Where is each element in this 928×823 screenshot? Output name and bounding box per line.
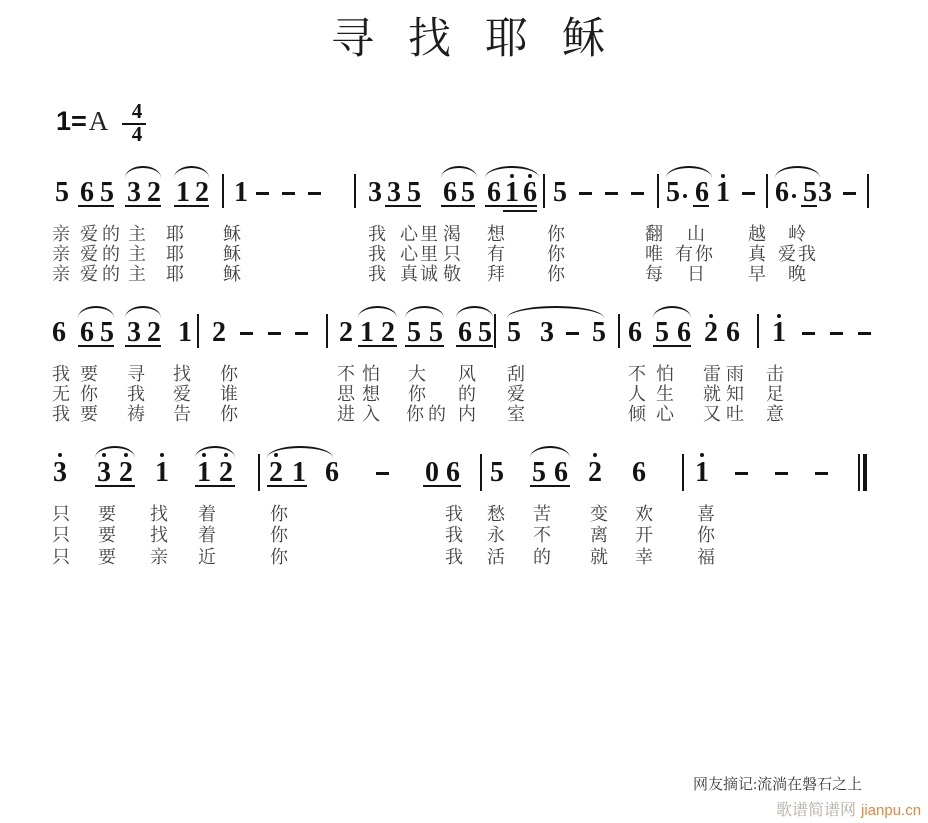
lyric-char: 雷 bbox=[703, 365, 721, 383]
lyric-char: 你 bbox=[547, 245, 565, 263]
barline bbox=[222, 174, 224, 208]
note-digit: 5 bbox=[55, 179, 69, 207]
lyric-char: 要 bbox=[98, 526, 116, 544]
beam-underline bbox=[653, 345, 691, 347]
note-digit: 5 bbox=[553, 179, 567, 207]
lyric-char: 只 bbox=[443, 245, 461, 263]
barline bbox=[326, 314, 328, 348]
note-digit: 1 bbox=[716, 179, 730, 207]
meter-numerator: 4 bbox=[122, 100, 152, 123]
note-digit: 5 bbox=[100, 319, 114, 347]
slur-arc bbox=[125, 306, 161, 318]
slur-arc bbox=[358, 306, 397, 318]
octave-dot bbox=[58, 453, 62, 457]
duration-dash bbox=[843, 192, 856, 195]
note-digit: 5 bbox=[429, 319, 443, 347]
lyric-char: 不 bbox=[337, 365, 355, 383]
slur-arc bbox=[441, 166, 477, 178]
lyric-char: 寻 bbox=[127, 365, 145, 383]
octave-dot bbox=[721, 174, 725, 178]
lyric-char: 要 bbox=[80, 365, 98, 383]
lyric-char: 真 bbox=[748, 245, 766, 263]
footer-note: 网友摘记:流淌在磐石之上 bbox=[693, 773, 862, 794]
beam-underline bbox=[95, 485, 135, 487]
lyric-char: 敬 bbox=[443, 265, 461, 283]
lyric-char: 意 bbox=[766, 405, 784, 423]
lyric-char: 我 bbox=[127, 385, 145, 403]
note-digit: 2 bbox=[195, 179, 209, 207]
lyric-char: 变 bbox=[590, 505, 608, 523]
duration-dash bbox=[815, 472, 828, 475]
note-digit: 2 bbox=[119, 459, 133, 487]
lyric-char: 你 bbox=[547, 225, 565, 243]
lyric-char: 室 bbox=[507, 405, 525, 423]
lyric-char: 足 bbox=[766, 385, 784, 403]
note-digit: 6 bbox=[487, 179, 501, 207]
barline bbox=[480, 454, 482, 491]
lyric-char: 思 bbox=[337, 385, 355, 403]
lyric-char: 爱 bbox=[507, 385, 525, 403]
lyric-char: 有 bbox=[487, 245, 505, 263]
lyric-char: 永 bbox=[487, 526, 505, 544]
slur-arc bbox=[507, 306, 604, 318]
barline bbox=[657, 174, 659, 208]
meter-fraction: 4 4 bbox=[122, 100, 152, 146]
lyric-char: 你 bbox=[697, 526, 715, 544]
lyric-char: 大 bbox=[408, 365, 426, 383]
lyric-char: 想 bbox=[487, 225, 505, 243]
lyric-char: 亲 bbox=[52, 245, 70, 263]
duration-dash bbox=[240, 332, 253, 335]
note-digit: 5 bbox=[507, 319, 521, 347]
lyric-char: 开 bbox=[635, 526, 653, 544]
lyric-char: 我 bbox=[368, 265, 386, 283]
final-barline-thick bbox=[863, 454, 867, 491]
note-digit: 3 bbox=[53, 459, 67, 487]
duration-dash bbox=[802, 332, 815, 335]
duration-dash bbox=[256, 192, 269, 195]
lyric-char: 我 bbox=[52, 365, 70, 383]
lyric-char: 找 bbox=[150, 526, 168, 544]
lyric-char: 想 bbox=[362, 385, 380, 403]
octave-dot bbox=[777, 314, 781, 318]
lyric-char: 心 bbox=[400, 225, 418, 243]
lyric-char: 爱 bbox=[80, 245, 98, 263]
note-digit: 5 bbox=[407, 319, 421, 347]
lyric-char: 近 bbox=[198, 548, 216, 566]
lyric-char: 里 bbox=[420, 225, 438, 243]
lyric-char: 心 bbox=[400, 245, 418, 263]
lyric-char: 幸 bbox=[635, 548, 653, 566]
note-digit: 1 bbox=[197, 459, 211, 487]
slur-arc bbox=[456, 306, 493, 318]
lyric-char: 主 bbox=[128, 265, 146, 283]
lyric-char: 怕 bbox=[656, 365, 674, 383]
note-digit: 5 bbox=[490, 459, 504, 487]
lyric-char: 拜 bbox=[487, 265, 505, 283]
lyric-char: 亲 bbox=[150, 548, 168, 566]
lyric-char: 不 bbox=[628, 365, 646, 383]
slur-arc bbox=[174, 166, 209, 178]
music-sheet: 寻找耶稣 1=A 4 4 56532121335656165561653亲爱的主… bbox=[0, 0, 928, 823]
lyric-char: 人 bbox=[628, 385, 646, 403]
note-digit: 3 bbox=[97, 459, 111, 487]
duration-dash bbox=[282, 192, 295, 195]
lyric-char: 你 bbox=[220, 405, 238, 423]
lyric-char: 唯 bbox=[645, 245, 663, 263]
slur-arc bbox=[775, 166, 820, 178]
lyric-char: 你 bbox=[270, 505, 288, 523]
barline bbox=[197, 314, 199, 348]
note-digit: 6 bbox=[726, 319, 740, 347]
note-digit: 1 bbox=[360, 319, 374, 347]
duration-dash bbox=[295, 332, 308, 335]
lyric-char: 山 bbox=[687, 225, 705, 243]
beam-underline bbox=[423, 485, 461, 487]
lyric-char: 早 bbox=[748, 265, 766, 283]
lyric-char: 耶 bbox=[166, 265, 184, 283]
octave-dot bbox=[700, 453, 704, 457]
lyric-char: 你 bbox=[406, 405, 424, 423]
lyric-char: 亲 bbox=[52, 265, 70, 283]
beam-underline bbox=[456, 345, 493, 347]
note-digit: 5 bbox=[478, 319, 492, 347]
lyric-char: 的 bbox=[102, 245, 120, 263]
lyric-char: 的 bbox=[102, 265, 120, 283]
beam-underline bbox=[78, 345, 114, 347]
note-digit: 2 bbox=[147, 179, 161, 207]
note-digit: 5 bbox=[592, 319, 606, 347]
beam-underline bbox=[195, 485, 235, 487]
slur-arc bbox=[195, 446, 235, 458]
lyric-char: 内 bbox=[458, 405, 476, 423]
note-digit: 1 bbox=[176, 179, 190, 207]
note-digit: 6 bbox=[632, 459, 646, 487]
note-digit: 2 bbox=[147, 319, 161, 347]
note-digit: 5 bbox=[655, 319, 669, 347]
lyric-char: 苦 bbox=[533, 505, 551, 523]
note-digit: 1 bbox=[695, 459, 709, 487]
note-digit: 5 bbox=[461, 179, 475, 207]
lyric-char: 爱 bbox=[80, 225, 98, 243]
duration-dash bbox=[376, 472, 389, 475]
lyric-char: 岭 bbox=[788, 225, 806, 243]
lyric-char: 我 bbox=[52, 405, 70, 423]
lyric-char: 活 bbox=[487, 548, 505, 566]
barline bbox=[494, 314, 496, 348]
lyric-char: 稣 bbox=[223, 225, 241, 243]
note-digit: 1 bbox=[772, 319, 786, 347]
note-digit: 2 bbox=[219, 459, 233, 487]
note-digit: 0 bbox=[425, 459, 439, 487]
lyric-char: 我 bbox=[445, 505, 463, 523]
lyric-char: 主 bbox=[128, 225, 146, 243]
lyric-char: 的 bbox=[102, 225, 120, 243]
lyric-char: 稣 bbox=[223, 265, 241, 283]
lyric-char: 刮 bbox=[507, 365, 525, 383]
lyric-char: 喜 bbox=[697, 505, 715, 523]
lyric-char: 就 bbox=[590, 548, 608, 566]
lyric-char: 你 bbox=[270, 548, 288, 566]
note-digit: 6 bbox=[775, 179, 789, 207]
note-digit: 1 bbox=[178, 319, 192, 347]
slur-arc bbox=[125, 166, 161, 178]
duration-dash bbox=[830, 332, 843, 335]
beam-underline bbox=[441, 205, 475, 207]
note-digit: 6 bbox=[325, 459, 339, 487]
note-digit: 1 bbox=[155, 459, 169, 487]
key-tonic: A bbox=[89, 106, 109, 136]
slur-arc bbox=[666, 166, 712, 178]
note-digit: 6 bbox=[695, 179, 709, 207]
lyric-char: 真 bbox=[400, 265, 418, 283]
duration-dash bbox=[742, 192, 755, 195]
beam-underline bbox=[267, 485, 307, 487]
slur-arc bbox=[405, 306, 444, 318]
lyric-char: 生 bbox=[656, 385, 674, 403]
beam-underline bbox=[125, 345, 161, 347]
note-digit: 3 bbox=[127, 179, 141, 207]
note-digit: 6 bbox=[523, 179, 537, 207]
lyric-char: 爱 bbox=[173, 385, 191, 403]
lyric-char: 的 bbox=[458, 385, 476, 403]
lyric-char: 着 bbox=[198, 526, 216, 544]
augmentation-dot bbox=[792, 194, 796, 198]
lyric-char: 日 bbox=[687, 265, 705, 283]
note-digit: 2 bbox=[381, 319, 395, 347]
note-digit: 6 bbox=[677, 319, 691, 347]
note-digit: 2 bbox=[339, 319, 353, 347]
note-digit: 2 bbox=[212, 319, 226, 347]
lyric-char: 怕 bbox=[362, 365, 380, 383]
watermark-domain-link[interactable]: jianpu.cn bbox=[861, 802, 921, 819]
lyric-char: 风 bbox=[458, 365, 476, 383]
meter-denominator: 4 bbox=[122, 123, 152, 146]
lyric-char: 稣 bbox=[223, 245, 241, 263]
lyric-char: 又 bbox=[703, 405, 721, 423]
lyric-char: 我 bbox=[445, 526, 463, 544]
note-digit: 2 bbox=[588, 459, 602, 487]
barline bbox=[766, 174, 768, 208]
lyric-char: 亲 bbox=[52, 225, 70, 243]
note-digit: 1 bbox=[505, 179, 519, 207]
beam-underline bbox=[405, 345, 444, 347]
beam-underline bbox=[358, 345, 397, 347]
beam-underline bbox=[801, 205, 817, 207]
slur-arc bbox=[95, 446, 135, 458]
lyric-char: 你 bbox=[220, 365, 238, 383]
note-digit: 1 bbox=[234, 179, 248, 207]
beam-underline bbox=[78, 205, 114, 207]
lyric-char: 我 bbox=[445, 548, 463, 566]
lyric-char: 要 bbox=[98, 548, 116, 566]
lyric-char: 入 bbox=[362, 405, 380, 423]
note-digit: 6 bbox=[443, 179, 457, 207]
page-title: 寻找耶稣 bbox=[331, 16, 639, 63]
meter-fraction-bar bbox=[122, 123, 146, 125]
slur-arc bbox=[267, 446, 333, 458]
lyric-char: 着 bbox=[198, 505, 216, 523]
duration-dash bbox=[775, 472, 788, 475]
note-digit: 6 bbox=[554, 459, 568, 487]
note-digit: 6 bbox=[52, 319, 66, 347]
lyric-char: 我 bbox=[368, 245, 386, 263]
lyric-char: 心 bbox=[656, 405, 674, 423]
lyric-char: 就 bbox=[703, 385, 721, 403]
lyric-char: 爱 bbox=[80, 265, 98, 283]
duration-dash bbox=[631, 192, 644, 195]
lyric-char: 里 bbox=[420, 245, 438, 263]
lyric-char: 找 bbox=[173, 365, 191, 383]
slur-arc bbox=[78, 306, 114, 318]
note-digit: 3 bbox=[818, 179, 832, 207]
note-digit: 3 bbox=[387, 179, 401, 207]
barline bbox=[682, 454, 684, 491]
lyric-char: 不 bbox=[533, 526, 551, 544]
octave-dot bbox=[709, 314, 713, 318]
lyric-char: 翻 bbox=[645, 225, 663, 243]
barline bbox=[354, 174, 356, 208]
beam-underline bbox=[485, 205, 537, 207]
lyric-char: 欢 bbox=[635, 505, 653, 523]
lyric-char: 诚 bbox=[420, 265, 438, 283]
beam-underline bbox=[174, 205, 209, 207]
lyric-char: 福 bbox=[697, 548, 715, 566]
barline bbox=[618, 314, 620, 348]
watermark: 歌谱简谱网jianpu.cn bbox=[776, 797, 921, 820]
lyric-char: 知 bbox=[726, 385, 744, 403]
note-digit: 5 bbox=[407, 179, 421, 207]
note-digit: 3 bbox=[368, 179, 382, 207]
lyric-char: 要 bbox=[80, 405, 98, 423]
duration-dash bbox=[858, 332, 871, 335]
duration-dash bbox=[605, 192, 618, 195]
lyric-char: 只 bbox=[52, 505, 70, 523]
lyric-char: 的 bbox=[428, 405, 446, 423]
lyric-char: 主 bbox=[128, 245, 146, 263]
lyric-char: 越 bbox=[748, 225, 766, 243]
lyric-char: 找 bbox=[150, 505, 168, 523]
lyric-char: 祷 bbox=[127, 405, 145, 423]
lyric-char: 我 bbox=[368, 225, 386, 243]
lyric-char: 晚 bbox=[788, 265, 806, 283]
lyric-char: 你 bbox=[547, 265, 565, 283]
beam-underline bbox=[125, 205, 161, 207]
lyric-char: 渴 bbox=[443, 225, 461, 243]
note-digit: 1 bbox=[292, 459, 306, 487]
lyric-char: 进 bbox=[337, 405, 355, 423]
octave-dot bbox=[593, 453, 597, 457]
beam-underline bbox=[693, 205, 709, 207]
augmentation-dot bbox=[683, 194, 687, 198]
lyric-char: 要 bbox=[98, 505, 116, 523]
key-tonic-prefix: 1= bbox=[56, 106, 87, 136]
lyric-char: 你 bbox=[270, 526, 288, 544]
barline bbox=[867, 174, 869, 208]
beam-underline bbox=[530, 485, 570, 487]
note-digit: 6 bbox=[628, 319, 642, 347]
note-digit: 6 bbox=[80, 179, 94, 207]
lyric-char: 只 bbox=[52, 526, 70, 544]
lyric-char: 耶 bbox=[166, 245, 184, 263]
watermark-site-name: 歌谱简谱网 bbox=[776, 802, 856, 819]
duration-dash bbox=[268, 332, 281, 335]
lyric-char: 你 bbox=[408, 385, 426, 403]
lyric-char: 你 bbox=[695, 245, 713, 263]
slur-arc bbox=[485, 166, 539, 178]
lyric-char: 你 bbox=[80, 385, 98, 403]
lyric-char: 有 bbox=[675, 245, 693, 263]
final-barline-thin bbox=[858, 454, 860, 491]
key-signature: 1=A bbox=[56, 106, 108, 150]
lyric-char: 只 bbox=[52, 548, 70, 566]
duration-dash bbox=[735, 472, 748, 475]
note-digit: 6 bbox=[446, 459, 460, 487]
barline bbox=[258, 454, 260, 491]
lyric-char: 谁 bbox=[220, 385, 238, 403]
barline bbox=[757, 314, 759, 348]
lyric-char: 告 bbox=[173, 405, 191, 423]
note-digit: 5 bbox=[666, 179, 680, 207]
note-digit: 6 bbox=[458, 319, 472, 347]
slur-arc bbox=[530, 446, 570, 458]
lyric-char: 倾 bbox=[628, 405, 646, 423]
octave-dot bbox=[160, 453, 164, 457]
duration-dash bbox=[579, 192, 592, 195]
note-digit: 3 bbox=[540, 319, 554, 347]
note-digit: 5 bbox=[803, 179, 817, 207]
lyric-char: 离 bbox=[590, 526, 608, 544]
lyric-char: 吐 bbox=[726, 405, 744, 423]
lyric-char: 击 bbox=[766, 365, 784, 383]
slur-arc bbox=[653, 306, 691, 318]
lyric-char: 的 bbox=[533, 548, 551, 566]
note-digit: 5 bbox=[100, 179, 114, 207]
lyric-char: 爱 bbox=[778, 245, 796, 263]
note-digit: 6 bbox=[80, 319, 94, 347]
note-digit: 2 bbox=[704, 319, 718, 347]
lyric-char: 耶 bbox=[166, 225, 184, 243]
lyric-char: 雨 bbox=[726, 365, 744, 383]
beam-underline bbox=[385, 205, 421, 207]
lyric-char: 每 bbox=[645, 265, 663, 283]
beam-underline-second bbox=[503, 210, 537, 212]
duration-dash bbox=[566, 332, 579, 335]
lyric-char: 无 bbox=[52, 385, 70, 403]
note-digit: 2 bbox=[269, 459, 283, 487]
note-digit: 5 bbox=[532, 459, 546, 487]
duration-dash bbox=[308, 192, 321, 195]
lyric-char: 愁 bbox=[487, 505, 505, 523]
lyric-char: 我 bbox=[798, 245, 816, 263]
barline bbox=[543, 174, 545, 208]
note-digit: 3 bbox=[127, 319, 141, 347]
